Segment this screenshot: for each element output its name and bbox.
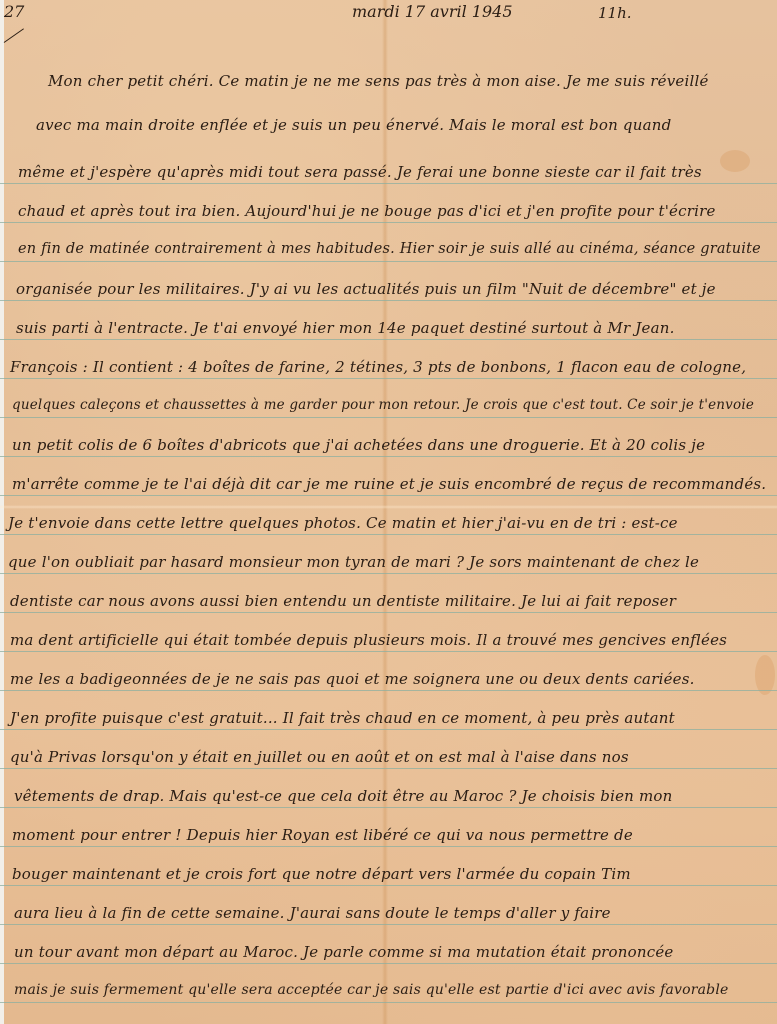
- letter-line: moment pour entrer ! Depuis hier Royan e…: [12, 826, 633, 844]
- letter-line: quelques caleçons et chaussettes à me ga…: [12, 397, 754, 413]
- ruled-line: [0, 261, 777, 262]
- ruled-line: [0, 885, 777, 886]
- letter-line: mais je suis fermement qu'elle sera acce…: [14, 982, 729, 998]
- letter-line: qu'à Privas lorsqu'on y était en juillet…: [10, 748, 629, 766]
- letter-line: un petit colis de 6 boîtes d'abricots qu…: [12, 436, 705, 454]
- ruled-line: [0, 1002, 777, 1003]
- page-number: 27: [4, 2, 24, 21]
- paper-stain: [755, 655, 775, 695]
- letter-page: 27 mardi 17 avril 1945 11h. Mon cher pet…: [0, 0, 777, 1024]
- ruled-line: [0, 339, 777, 340]
- ruled-line: [0, 651, 777, 652]
- ruled-line: [0, 690, 777, 691]
- letter-line: m'arrête comme je te l'ai déjà dit car j…: [12, 475, 766, 493]
- ruled-line: [0, 300, 777, 301]
- ruled-line: [0, 456, 777, 457]
- ruled-line: [0, 378, 777, 379]
- letter-line: un tour avant mon départ au Maroc. Je pa…: [14, 943, 673, 961]
- ruled-line: [0, 807, 777, 808]
- letter-line: me les a badigeonnées de je ne sais pas …: [10, 670, 695, 688]
- letter-line: dentiste car nous avons aussi bien enten…: [10, 592, 676, 610]
- ruled-line: [0, 183, 777, 184]
- letter-line: François : Il contient : 4 boîtes de far…: [10, 358, 746, 376]
- letter-line: Je t'envoie dans cette lettre quelques p…: [8, 514, 678, 532]
- letter-line: aura lieu à la fin de cette semaine. J'a…: [14, 904, 611, 922]
- letter-line: bouger maintenant et je crois fort que n…: [12, 865, 631, 883]
- ruled-line: [0, 729, 777, 730]
- letter-line: Mon cher petit chéri. Ce matin je ne me …: [48, 72, 709, 90]
- letter-line: que l'on oubliait par hasard monsieur mo…: [8, 553, 699, 571]
- ruled-line: [0, 846, 777, 847]
- letter-line: vêtements de drap. Mais qu'est-ce que ce…: [14, 787, 673, 805]
- corner-mark: [4, 28, 24, 43]
- date-line: mardi 17 avril 1945: [352, 2, 513, 21]
- letter-line: même et j'espère qu'après midi tout sera…: [18, 163, 702, 181]
- ruled-line: [0, 768, 777, 769]
- paper-stain: [720, 150, 750, 172]
- time-line: 11h.: [598, 4, 632, 22]
- letter-line: ma dent artificielle qui était tombée de…: [10, 631, 727, 649]
- page-edge: [0, 0, 4, 1024]
- ruled-line: [0, 612, 777, 613]
- ruled-line: [0, 222, 777, 223]
- letter-line: en fin de matinée contrairement à mes ha…: [18, 241, 761, 257]
- letter-line: suis parti à l'entracte. Je t'ai envoyé …: [16, 319, 675, 337]
- ruled-line: [0, 534, 777, 535]
- ruled-line: [0, 417, 777, 418]
- ruled-line: [0, 963, 777, 964]
- ruled-line: [0, 924, 777, 925]
- horizontal-fold: [0, 505, 777, 509]
- letter-line: J'en profite puisque c'est gratuit... Il…: [10, 709, 675, 727]
- ruled-line: [0, 573, 777, 574]
- letter-line: organisée pour les militaires. J'y ai vu…: [16, 280, 716, 298]
- letter-line: avec ma main droite enflée et je suis un…: [36, 116, 671, 134]
- letter-line: chaud et après tout ira bien. Aujourd'hu…: [18, 202, 716, 220]
- ruled-line: [0, 495, 777, 496]
